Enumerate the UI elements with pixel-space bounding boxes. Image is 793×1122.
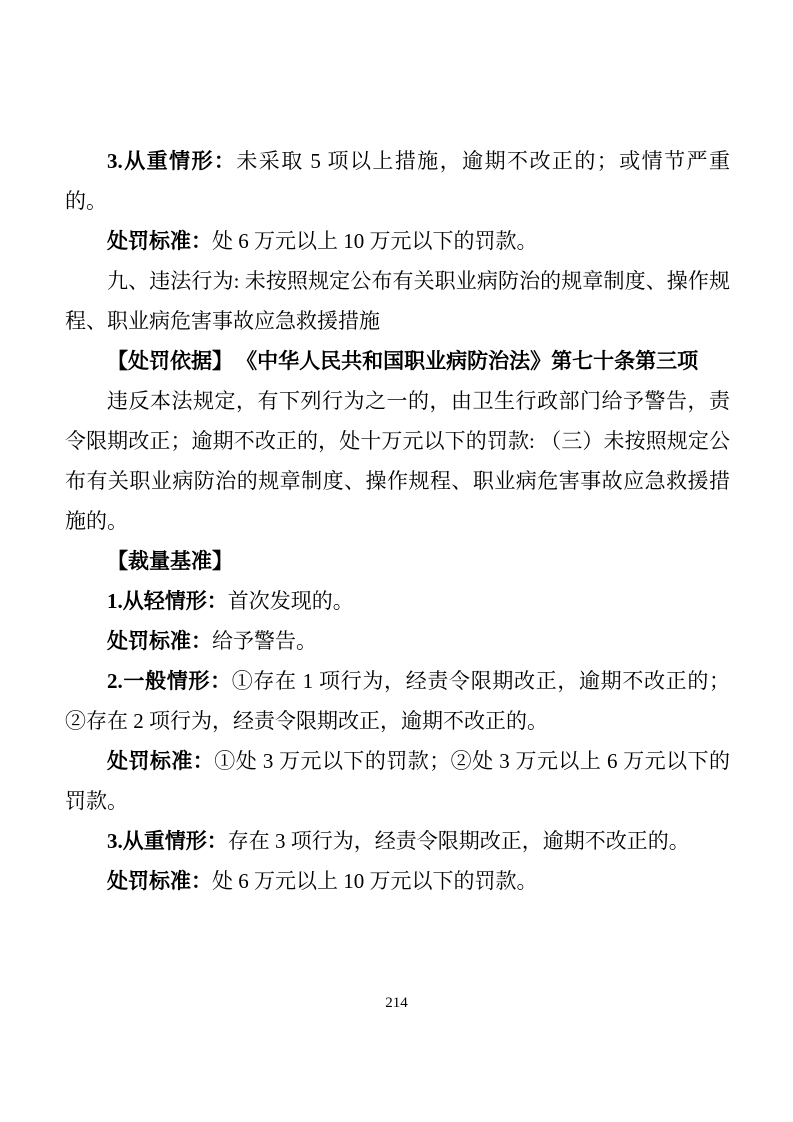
violation-9-heading-text: 九、违法行为: 未按照规定公布有关职业病防治的规章制度、操作规程、职业病危害事故… — [65, 269, 730, 333]
general-circumstance-9-label: 2.一般情形： — [107, 669, 232, 693]
penalty-standard-mitigating-9-text: 给予警告。 — [212, 629, 317, 653]
law-article-quote-text: 违反本法规定，有下列行为之一的，由卫生行政部门给予警告，责令限期改正；逾期不改正… — [65, 389, 730, 533]
violation-9-heading: 九、违法行为: 未按照规定公布有关职业病防治的规章制度、操作规程、职业病危害事故… — [65, 261, 730, 341]
penalty-basis-label: 【处罚依据】 — [107, 349, 233, 373]
mitigating-circumstance-9-label: 1.从轻情形： — [107, 589, 228, 613]
law-article-quote: 违反本法规定，有下列行为之一的，由卫生行政部门给予警告，责令限期改正；逾期不改正… — [65, 381, 730, 541]
penalty-standard-mitigating-9: 处罚标准：给予警告。 — [65, 621, 730, 661]
penalty-standard-general-9-label: 处罚标准： — [107, 749, 214, 773]
penalty-standard-general-9: 处罚标准：①处 3 万元以下的罚款；②处 3 万元以上 6 万元以下的罚款。 — [65, 741, 730, 821]
aggravating-circumstance-9-text: 存在 3 项行为，经责令限期改正，逾期不改正的。 — [228, 829, 690, 853]
discretion-benchmark-label: 【裁量基准】 — [107, 549, 233, 573]
general-circumstance-9: 2.一般情形：①存在 1 项行为，经责令限期改正，逾期不改正的；②存在 2 项行… — [65, 661, 730, 741]
aggravating-circumstance-8: 3.从重情形：未采取 5 项以上措施，逾期不改正的；或情节严重的。 — [65, 141, 730, 221]
penalty-basis-heading: 【处罚依据】《中华人民共和国职业病防治法》第七十条第三项 — [65, 341, 730, 381]
document-body: 3.从重情形：未采取 5 项以上措施，逾期不改正的；或情节严重的。 处罚标准：处… — [65, 141, 730, 901]
aggravating-circumstance-8-label: 3.从重情形： — [107, 149, 236, 173]
page-number: 214 — [0, 995, 793, 1012]
aggravating-circumstance-9-label: 3.从重情形： — [107, 829, 228, 853]
aggravating-circumstance-9: 3.从重情形：存在 3 项行为，经责令限期改正，逾期不改正的。 — [65, 821, 730, 861]
penalty-standard-aggravating-8: 处罚标准：处 6 万元以上 10 万元以下的罚款。 — [65, 221, 730, 261]
penalty-basis-citation: 《中华人民共和国职业病防治法》第七十条第三项 — [247, 349, 699, 373]
mitigating-circumstance-9: 1.从轻情形：首次发现的。 — [65, 581, 730, 621]
penalty-standard-aggravating-9: 处罚标准：处 6 万元以上 10 万元以下的罚款。 — [65, 861, 730, 901]
document-page: 3.从重情形：未采取 5 项以上措施，逾期不改正的；或情节严重的。 处罚标准：处… — [0, 0, 793, 1122]
penalty-standard-aggravating-9-text: 处 6 万元以上 10 万元以下的罚款。 — [212, 869, 538, 893]
penalty-standard-mitigating-9-label: 处罚标准： — [107, 629, 212, 653]
penalty-standard-aggravating-8-text: 处 6 万元以上 10 万元以下的罚款。 — [212, 229, 538, 253]
penalty-standard-aggravating-9-label: 处罚标准： — [107, 869, 212, 893]
discretion-benchmark-heading: 【裁量基准】 — [65, 541, 730, 581]
penalty-standard-aggravating-8-label: 处罚标准： — [107, 229, 212, 253]
mitigating-circumstance-9-text: 首次发现的。 — [228, 589, 354, 613]
